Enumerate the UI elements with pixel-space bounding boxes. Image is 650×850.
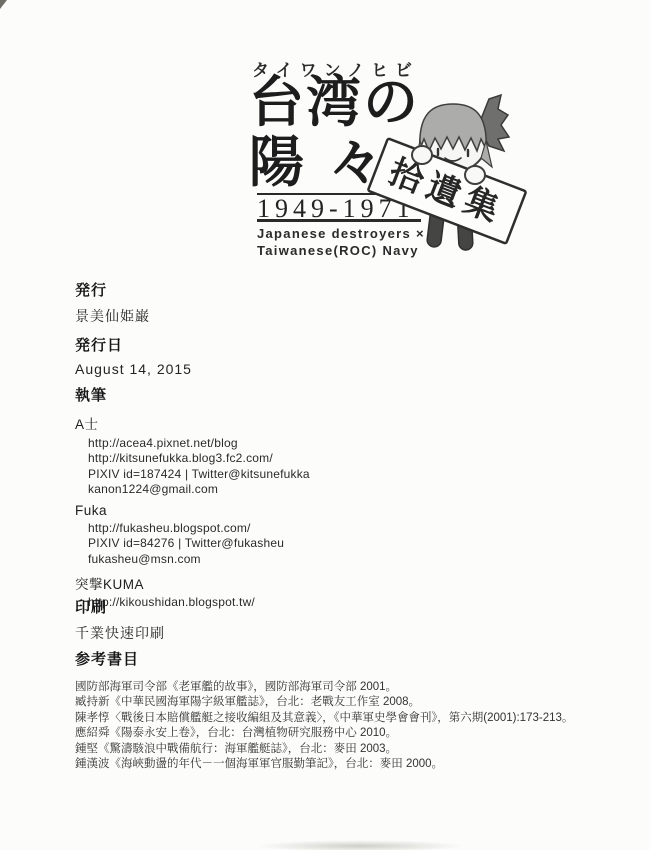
- bibliography-entry: 鍾漢波《海峽動盪的年代－一個海軍軍官服勤筆記》，台北：麥田 2000。: [75, 757, 573, 772]
- publish-date-value: August 14, 2015: [75, 361, 192, 377]
- bibliography-heading: 参考書目: [75, 648, 573, 669]
- bibliography-entry: 國防部海軍司令部《老軍艦的故事》，國防部海軍司令部 2001。: [75, 680, 573, 695]
- publish-date-heading: 発行日: [75, 334, 192, 355]
- section-publisher: 発行 景美仙姫巌: [75, 279, 150, 326]
- bibliography-list: 國防部海軍司令部《老軍艦的故事》，國防部海軍司令部 2001。 臧持新《中華民國…: [75, 680, 573, 772]
- writer-url: http://acea4.pixnet.net/blog: [88, 437, 310, 449]
- chibi-mascot-icon: 拾遺集: [365, 85, 535, 265]
- writer-email: kanon1224@gmail.com: [88, 483, 310, 495]
- mascot-hand-left: [412, 146, 432, 164]
- writer-name: A士: [75, 413, 310, 433]
- writer-url: http://kitsunefukka.blog3.fc2.com/: [88, 452, 310, 464]
- bibliography-entry: 陳孝惇〈戰後日本賠償艦艇之接收編組及其意義〉，《中華軍史學會會刊》，第六期(20…: [75, 711, 573, 726]
- section-bibliography: 参考書目 國防部海軍司令部《老軍艦的故事》，國防部海軍司令部 2001。 臧持新…: [75, 648, 573, 772]
- bibliography-entry: 應紹舜《陽泰永安上卷》，台北：台灣植物研究服務中心 2010。: [75, 726, 573, 741]
- bibliography-entry: 臧持新《中華民國海軍陽字級軍艦誌》，台北：老戰友工作室 2008。: [75, 695, 573, 710]
- writer-social: PIXIV id=187424 | Twitter@kitsunefukka: [88, 468, 310, 480]
- publisher-heading: 発行: [75, 279, 150, 300]
- writers-heading: 執筆: [75, 384, 310, 405]
- printer-heading: 印刷: [75, 596, 165, 617]
- section-writers: 執筆 A士 http://acea4.pixnet.net/blog http:…: [75, 384, 310, 608]
- section-publish-date: 発行日 August 14, 2015: [75, 334, 192, 377]
- writer-url: http://fukasheu.blogspot.com/: [88, 522, 310, 534]
- publisher-value: 景美仙姫巌: [75, 306, 150, 326]
- bibliography-entry: 鍾堅《驚濤駭浪中戰備航行：海軍艦艇誌》，台北：麥田 2003。: [75, 742, 573, 757]
- scanned-colophon-page: タイワンノヒビ 台湾の 陽々 1949-1971 Japanese destro…: [0, 0, 650, 850]
- scan-artifact-corner: [0, 0, 7, 9]
- writer-social: PIXIV id=84276 | Twitter@fukasheu: [88, 537, 310, 549]
- scan-shadow: [255, 840, 465, 850]
- mascot-hair: [420, 104, 486, 151]
- printer-value: 千業快速印刷: [75, 623, 165, 643]
- writer-name: Fuka: [75, 503, 310, 518]
- section-printer: 印刷 千業快速印刷: [75, 596, 165, 643]
- writer-email: fukasheu@msn.com: [88, 553, 310, 565]
- mascot-hand-right: [465, 166, 485, 184]
- writer-name: 突撃KUMA: [75, 573, 310, 593]
